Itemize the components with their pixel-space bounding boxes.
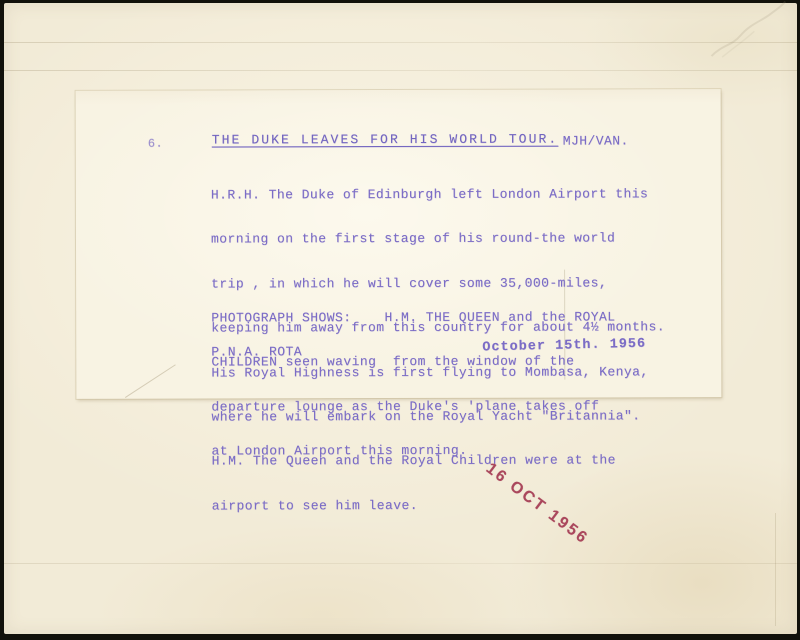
caption-line: departure lounge as the Duke's 'plane ta… — [211, 399, 615, 414]
paper-crease-upper — [4, 70, 797, 71]
photo-number: 6. — [148, 137, 163, 151]
paper-crease-bottom — [4, 563, 797, 564]
paper-crease-right — [775, 513, 776, 626]
caption-title: THE DUKE LEAVES FOR HIS WORLD TOUR. — [212, 132, 559, 148]
slip-fold-crease — [125, 364, 176, 398]
photograph-shows-paragraph: PHOTOGRAPH SHOWS: H.M. THE QUEEN and the… — [211, 280, 616, 489]
faint-pencil-mark — [698, 0, 797, 63]
caption-line: H.R.H. The Duke of Edinburgh left London… — [211, 187, 665, 203]
caption-line: PHOTOGRAPH SHOWS: H.M. THE QUEEN and the… — [211, 310, 615, 325]
agency-credit: P.N.A. ROTA — [211, 345, 302, 359]
caption-line: at London Airport this morning. — [212, 444, 616, 459]
photographer-reference: MJH/VAN. — [563, 133, 629, 148]
paper-crease-top — [4, 42, 797, 43]
caption-line: airport to see him leave. — [212, 498, 666, 514]
caption-line: morning on the first stage of his round-… — [211, 232, 665, 248]
caption-slip: 6. THE DUKE LEAVES FOR HIS WORLD TOUR. M… — [76, 89, 722, 399]
photo-back-paper: 6. THE DUKE LEAVES FOR HIS WORLD TOUR. M… — [4, 3, 797, 634]
